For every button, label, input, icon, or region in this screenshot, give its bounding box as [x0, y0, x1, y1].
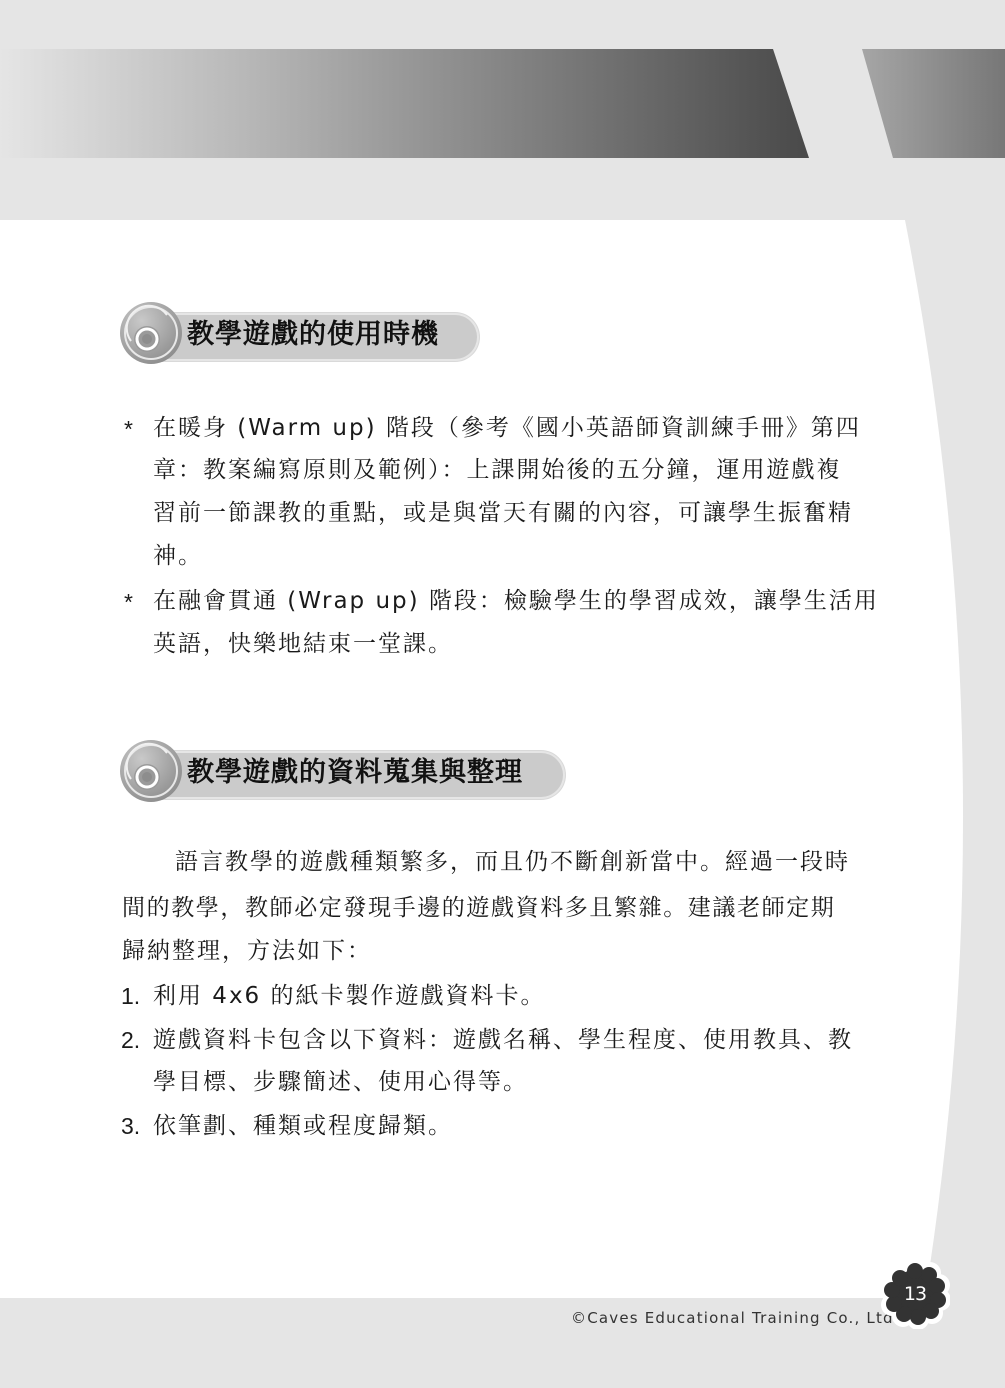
bullet-line: 在融會貫通 (Wrap up) 階段：檢驗學生的學習成效，讓學生活用	[153, 586, 879, 616]
bullet-line: 在暖身 (Warm up) 階段（參考《國小英語師資訓練手冊》第四	[153, 413, 861, 443]
bullet-line: 英語，快樂地結束一堂課。	[153, 629, 453, 659]
section-heading-usage-timing: 教學遊戲的使用時機	[119, 301, 479, 365]
disc-target-icon	[119, 301, 183, 365]
section-title: 教學遊戲的資料蒐集與整理	[187, 753, 523, 793]
list-number: 3.	[121, 1111, 140, 1141]
header-band-left	[0, 49, 809, 158]
copyright-text: ©Caves Educational Training Co., Ltd.	[571, 1309, 900, 1327]
paragraph-line: 歸納整理，方法如下：	[122, 936, 372, 966]
bullet-line: 章：教案編寫原則及範例）：上課開始後的五分鐘，運用遊戲複	[153, 455, 842, 485]
list-item-line: 依筆劃、種類或程度歸類。	[153, 1111, 453, 1141]
list-number: 1.	[121, 981, 140, 1011]
bullet-marker: *	[124, 414, 133, 444]
paragraph-line: 語言教學的遊戲種類繁多，而且仍不斷創新當中。經過一段時	[175, 847, 850, 877]
list-item-line: 遊戲資料卡包含以下資料：遊戲名稱、學生程度、使用教具、教	[153, 1025, 853, 1055]
disc-target-icon	[119, 739, 183, 803]
section-heading-collection: 教學遊戲的資料蒐集與整理	[119, 739, 569, 803]
document-page: 教學遊戲的使用時機 * 在暖身 (Warm up) 階段（參考《國小英語師資訓練…	[0, 0, 1005, 1388]
page-background	[0, 0, 1005, 1388]
list-number: 2.	[121, 1025, 140, 1055]
list-item-line: 利用 4x6 的紙卡製作遊戲資料卡。	[153, 981, 546, 1011]
paragraph-line: 間的教學，教師必定發現手邊的遊戲資料多且繁雜。建議老師定期	[122, 893, 835, 923]
page-number: 13	[880, 1279, 950, 1309]
bullet-line: 神。	[153, 541, 203, 571]
bullet-line: 習前一節課教的重點，或是與當天有關的內容，可讓學生振奮精	[153, 498, 853, 528]
section-title: 教學遊戲的使用時機	[187, 315, 439, 355]
list-item-line: 學目標、步驟簡述、使用心得等。	[153, 1067, 528, 1097]
bullet-marker: *	[124, 587, 133, 617]
